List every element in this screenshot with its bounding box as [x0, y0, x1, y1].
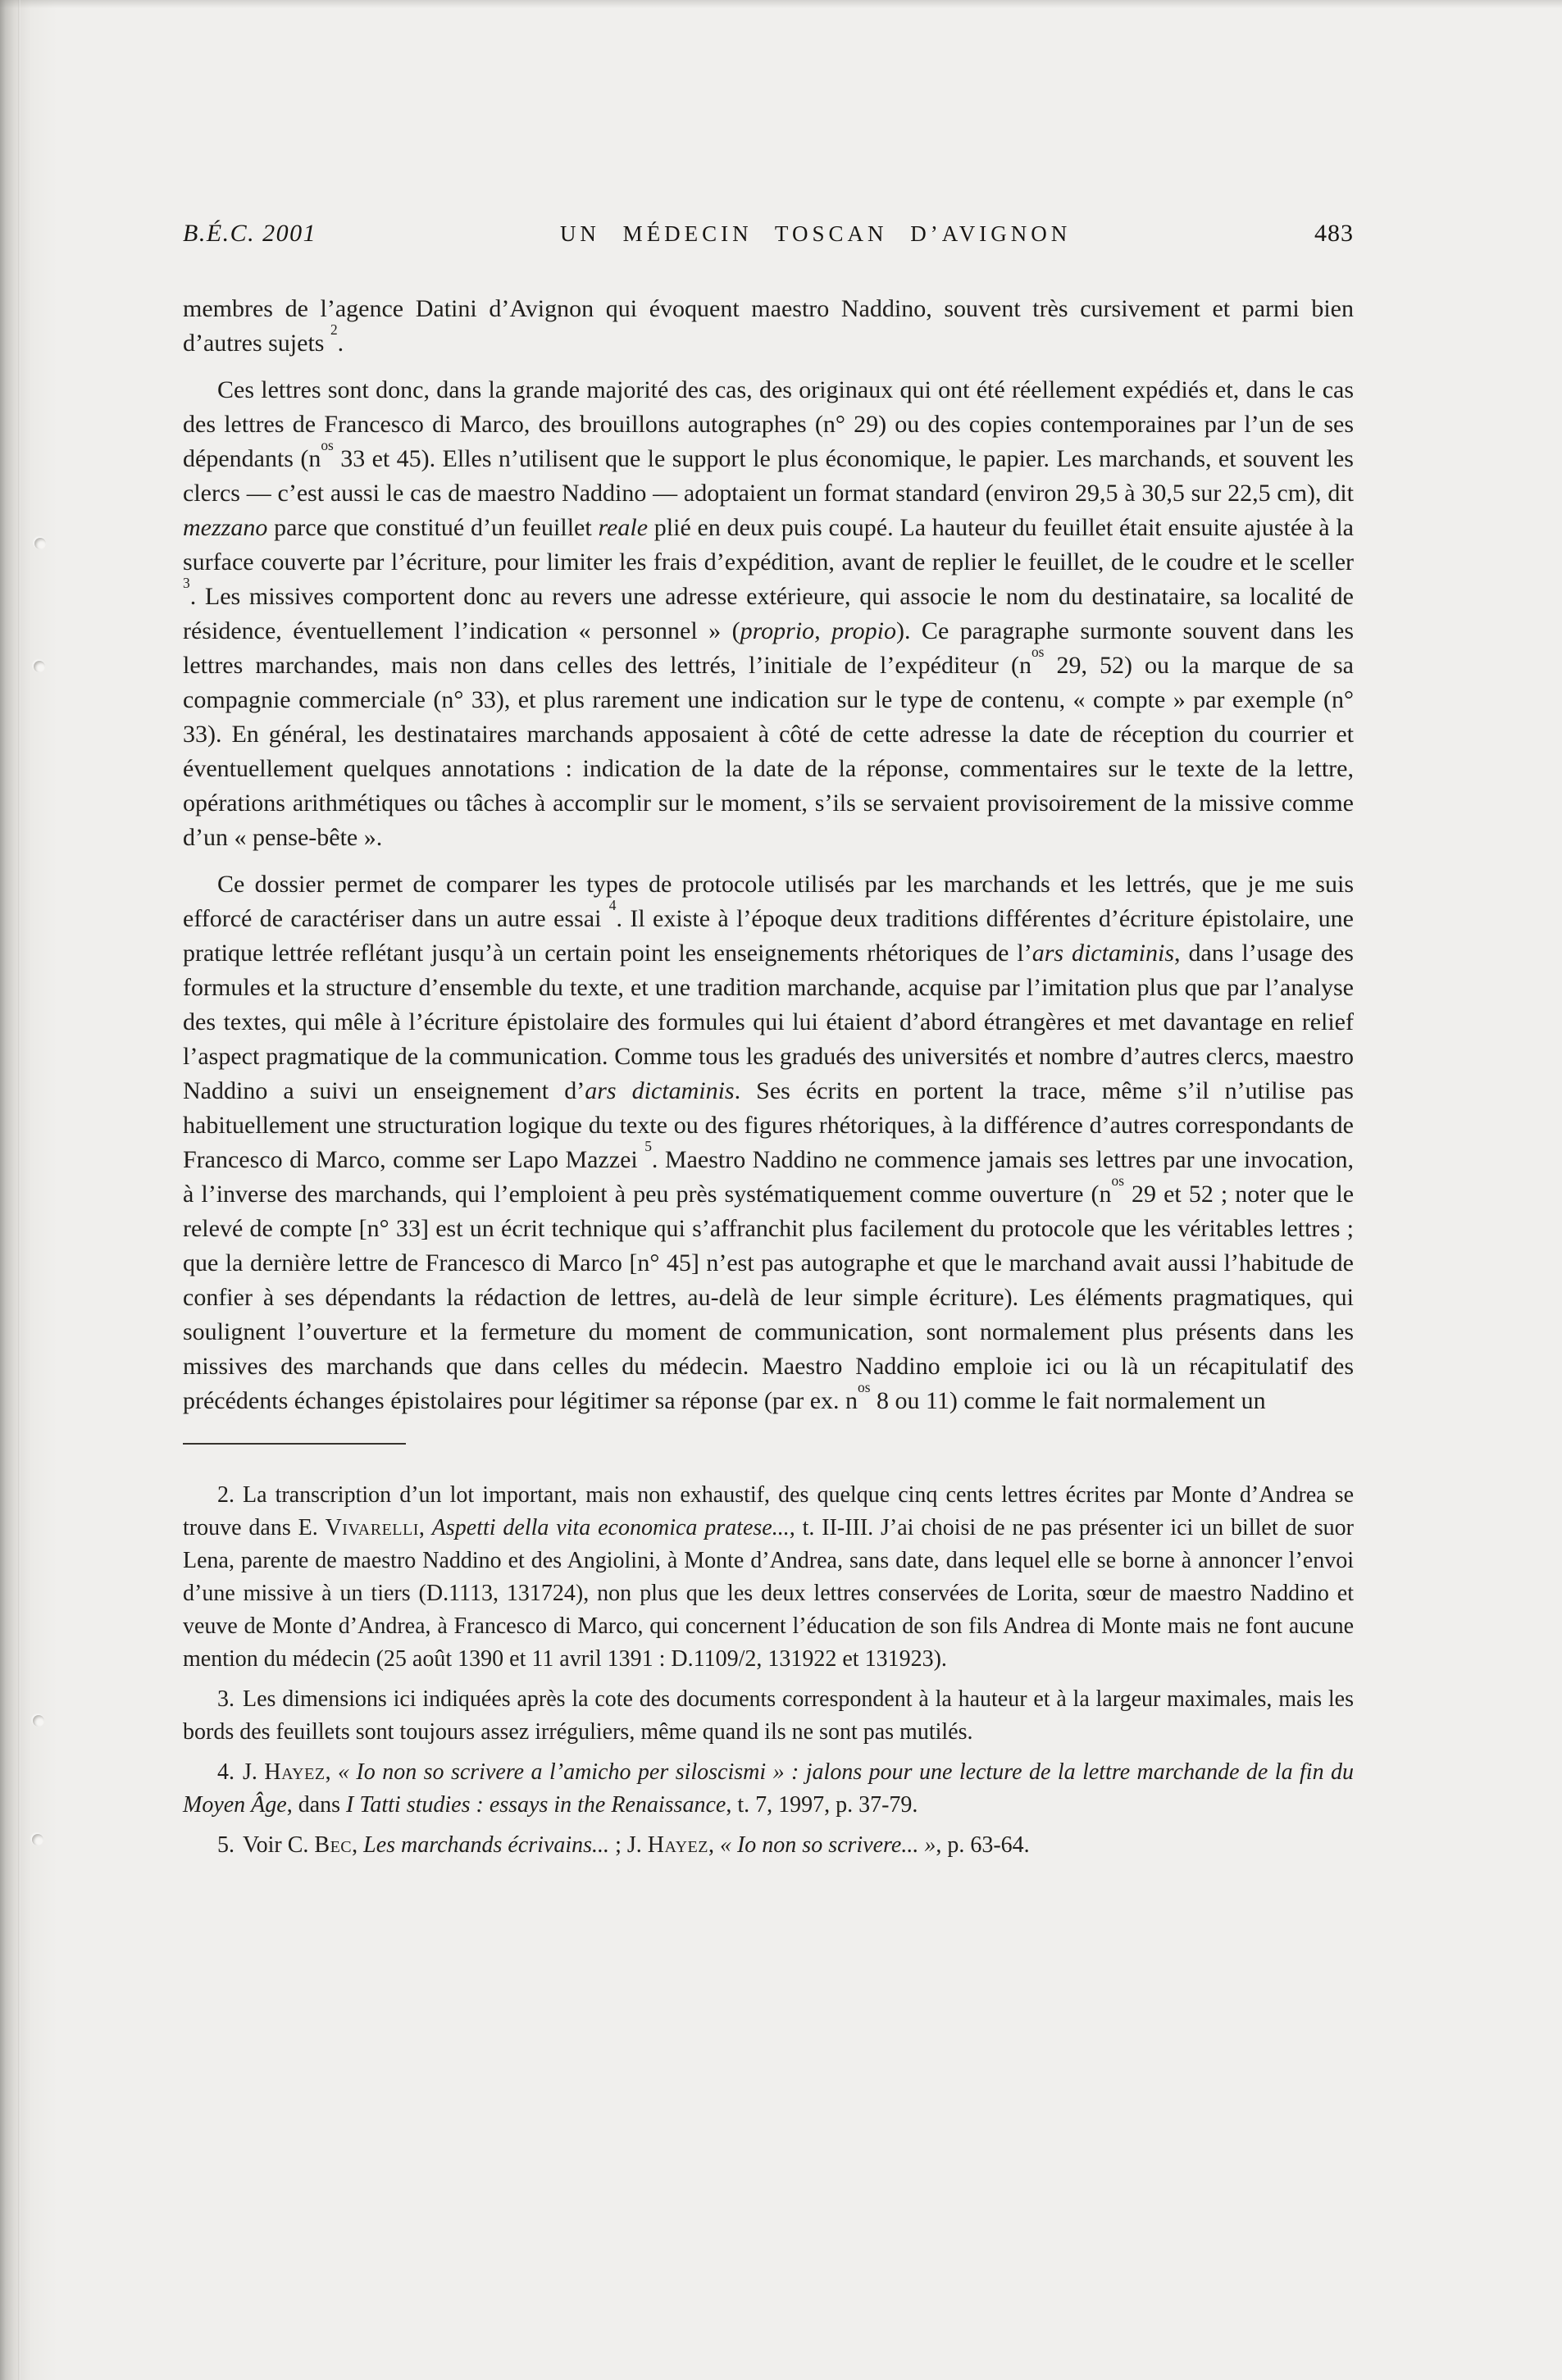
scanned-book-page: B.É.C. 2001 UN MÉDECIN TOSCAN D’AVIGNON …: [0, 0, 1562, 2380]
footnote-marker: 2.: [217, 1482, 243, 1508]
footnote-marker: 5.: [217, 1832, 243, 1858]
scan-left-edge-shadow: [0, 0, 57, 2380]
footnote-marker: 3.: [217, 1686, 243, 1712]
paper-speck: [34, 661, 45, 672]
footnote-separator-rule: [183, 1443, 406, 1445]
paper-crease: [18, 0, 20, 2380]
journal-issue: B.É.C. 2001: [183, 218, 316, 249]
paper-speck: [34, 538, 46, 549]
running-title: UN MÉDECIN TOSCAN D’AVIGNON: [316, 218, 1314, 249]
footnote-item: 3.Les dimensions ici indiquées après la …: [183, 1683, 1354, 1749]
footnote-item: 5.Voir C. Bec, Les marchands écrivains..…: [183, 1829, 1354, 1862]
paper-speck: [33, 1715, 44, 1727]
text-block: B.É.C. 2001 UN MÉDECIN TOSCAN D’AVIGNON …: [183, 218, 1354, 1862]
footnote-item: 4.J. Hayez, « Io non so scrivere a l’ami…: [183, 1756, 1354, 1822]
scan-top-edge-shadow: [0, 0, 1562, 8]
footnotes-block: 2.La transcription d’un lot important, m…: [183, 1479, 1354, 1862]
body-paragraph: Ces lettres sont donc, dans la grande ma…: [183, 373, 1354, 855]
footnote-item: 2.La transcription d’un lot important, m…: [183, 1479, 1354, 1676]
body-paragraph: membres de l’agence Datini d’Avignon qui…: [183, 292, 1354, 361]
body-paragraph: Ce dossier permet de comparer les types …: [183, 867, 1354, 1418]
running-head: B.É.C. 2001 UN MÉDECIN TOSCAN D’AVIGNON …: [183, 218, 1354, 249]
page-number: 483: [1314, 218, 1354, 249]
body-text: membres de l’agence Datini d’Avignon qui…: [183, 292, 1354, 1418]
footnote-marker: 4.: [217, 1759, 243, 1785]
paper-speck: [32, 1834, 43, 1845]
